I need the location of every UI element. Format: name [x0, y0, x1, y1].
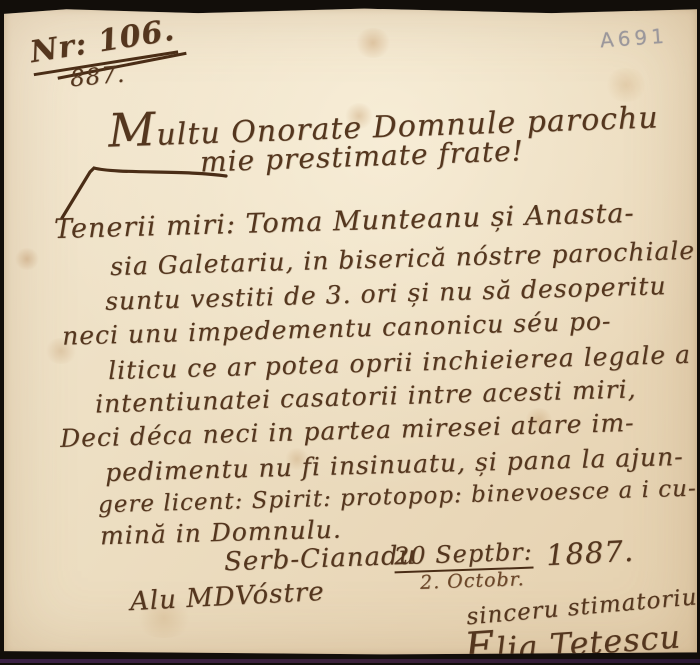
closing-left: Alu MDVóstre: [129, 577, 325, 617]
letter-paper: Nr: 106. 887. A691 Multu Onorate Domnule…: [4, 8, 697, 655]
archive-mark: A691: [599, 24, 668, 53]
scanner-edge-artifact: [0, 659, 700, 663]
foxing-spot: [354, 28, 392, 58]
reference-year: 887.: [69, 62, 126, 93]
dateline-gregorian: 2. Octobr.: [420, 568, 525, 594]
dateline-julian: 20 Septbr:: [394, 538, 534, 571]
dateline-place: Serb-Cianadu: [224, 541, 417, 578]
letter-scan: { "colors": { "paper": "#eddfc3", "ink":…: [0, 0, 700, 665]
dateline-year: 1887.: [545, 534, 635, 573]
foxing-spot: [14, 248, 40, 270]
